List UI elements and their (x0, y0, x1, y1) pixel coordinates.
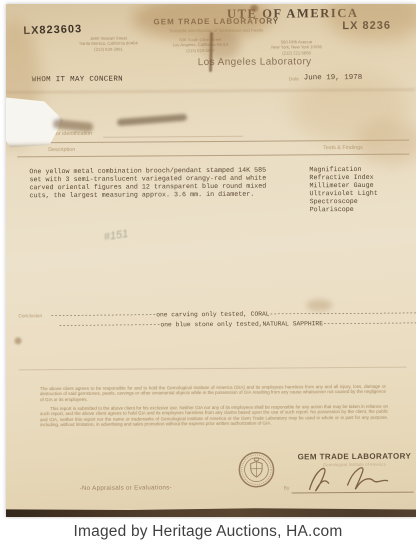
address-new-york: 580 Fifth Avenue New York, New York 1003… (250, 39, 342, 56)
date-value: June 19, 1978 (304, 74, 363, 82)
lab-subtitle: Scientific identification of Gemstones a… (116, 27, 316, 33)
gia-seal-icon (237, 451, 275, 489)
lab-location: Los Angeles Laboratory (165, 56, 345, 68)
fine-print-paragraph-2: This report is submitted to the above cl… (40, 404, 388, 428)
address-santa-monica: 1660 Stewart Street Santa Monica, Califo… (62, 35, 154, 52)
test-item: Ultraviolet Light (310, 190, 378, 198)
no-appraisals-note: -No Appraisals or Evaluations- (80, 484, 172, 492)
address-los-angeles: 606 South Olive Street Los Angeles, Cali… (154, 37, 246, 54)
paper-bottom-edge (6, 504, 416, 517)
tests-findings-list: Magnification Refractive Index Millimete… (309, 166, 378, 214)
conclusion-line-2: ---------------------------one blue ston… (58, 319, 416, 329)
photo: UTE OF AMERICA GEM TRADE LABORATORY Scie… (0, 0, 416, 545)
fine-print-paragraph-1: The above client agrees to be responsibl… (40, 384, 386, 402)
test-item: Polariscope (310, 206, 378, 214)
date-label: Date (289, 77, 299, 82)
spot (15, 337, 22, 344)
lab-title: GEM TRADE LABORATORY (126, 16, 306, 26)
divider (19, 367, 407, 371)
address-line: (213) 623-4077 (155, 48, 247, 54)
stain (291, 73, 411, 144)
caption-text: Imaged by Heritage Auctions, HA.com (74, 523, 343, 541)
divider (17, 154, 409, 158)
by-label: By (284, 485, 290, 491)
conclusion-label: Conclusion (18, 314, 42, 319)
column-header-description: Description (48, 147, 75, 153)
document-paper: UTE OF AMERICA GEM TRADE LABORATORY Scie… (6, 4, 416, 517)
crease-mark (117, 114, 187, 126)
divider (103, 136, 243, 138)
signature (295, 459, 413, 500)
description-line: cuts, the largest measuring approx. 3.6 … (30, 190, 292, 200)
torn-corner (6, 95, 63, 147)
address-line: (212) 221-5858 (251, 50, 343, 56)
divider (17, 140, 409, 144)
column-header-tests: Tests & Findings (323, 145, 363, 151)
report-number-right: LX 8236 (342, 20, 391, 32)
crease-shadow (6, 89, 415, 94)
salutation: WHOM IT MAY CONCERN (32, 76, 123, 85)
address-line: (213) 829-2991 (63, 46, 155, 52)
description-text: One yellow metal combination brooch/pend… (29, 166, 291, 200)
conclusion-line-1: ----------------------------one carving … (50, 309, 416, 319)
heritage-caption: Imaged by Heritage Auctions, HA.com (0, 519, 416, 545)
stain (355, 121, 416, 165)
pencil-note: #151 (103, 228, 129, 243)
